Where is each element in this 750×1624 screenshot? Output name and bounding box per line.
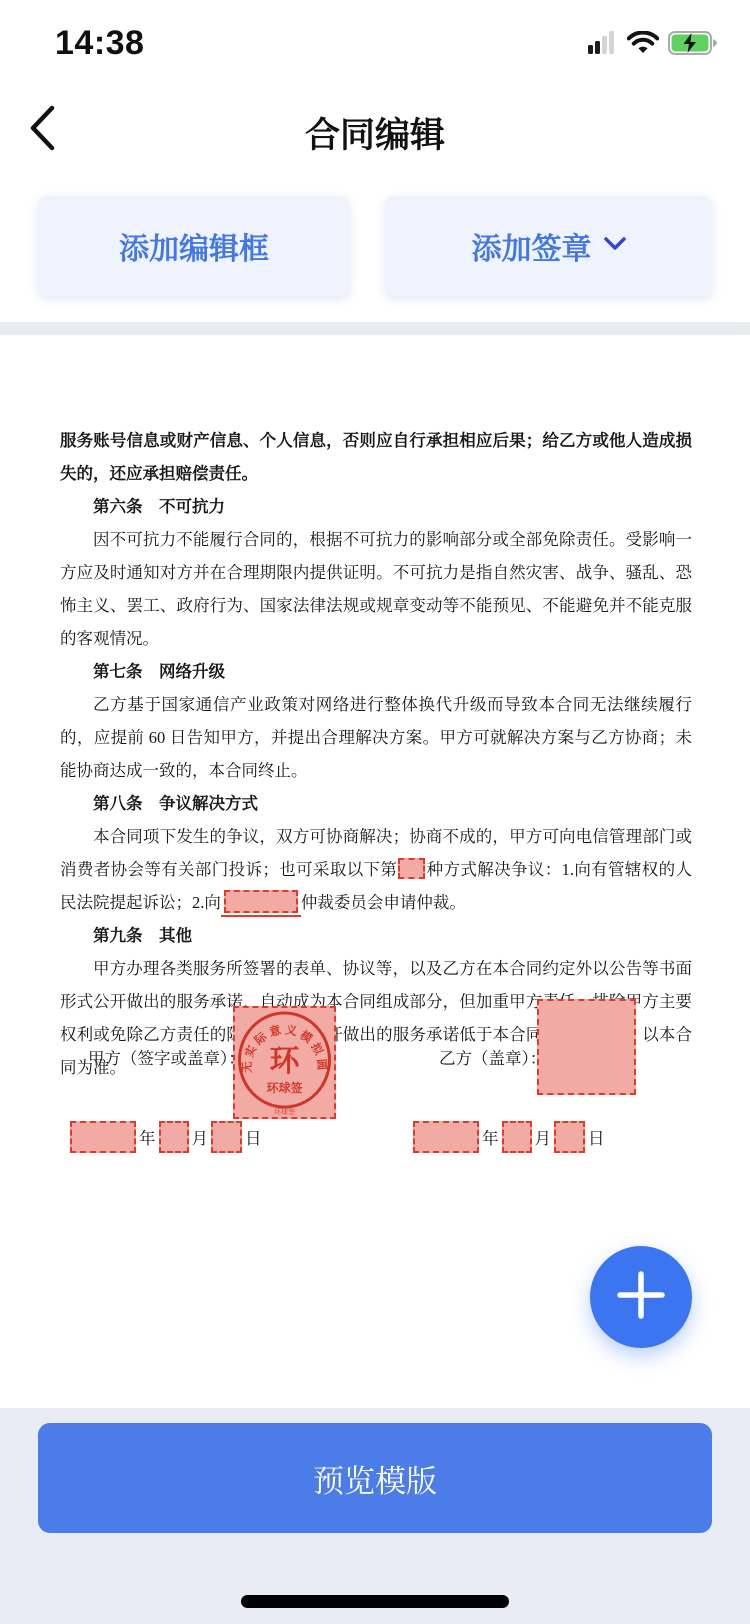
cellular-signal-icon (588, 31, 618, 60)
add-seal-button[interactable]: 添加签章 (385, 196, 712, 296)
article7-body: 乙方基于国家通信产业政策对网络进行整体换代升级而导致本合同无法继续履行的，应提前… (60, 688, 692, 787)
edit-field-year[interactable] (70, 1121, 136, 1153)
article8-body: 本合同项下发生的争议，双方可协商解决；协商不成的，甲方可向电信管理部门或消费者协… (60, 820, 692, 919)
party-a-date-row: 年 月 日 (70, 1121, 262, 1153)
edit-field-month[interactable] (502, 1121, 532, 1153)
party-a-seal-field[interactable]: 无实际意义模拟圆形印章 环 环球签 环球签 (233, 1006, 336, 1119)
chevron-down-icon (604, 237, 626, 256)
edit-field-arbitration-committee[interactable] (224, 890, 298, 913)
party-b-label: 乙方（盖章）： (439, 1048, 546, 1070)
article9-heading: 第九条 其他 (60, 919, 692, 952)
year-label: 年 (482, 1125, 499, 1149)
edit-field-dispute-option[interactable] (398, 858, 425, 879)
year-label: 年 (139, 1125, 156, 1149)
page-title: 合同编辑 (0, 108, 750, 158)
status-time: 14:38 (55, 24, 144, 63)
preview-template-button[interactable]: 预览模版 (38, 1423, 712, 1533)
add-edit-box-label: 添加编辑框 (119, 224, 269, 268)
seal-name-text: 环球签 (266, 1080, 302, 1095)
divider-band (0, 322, 750, 335)
edit-field-year[interactable] (413, 1121, 479, 1153)
month-label: 月 (192, 1125, 209, 1149)
footer-bar: 预览模版 (0, 1408, 750, 1624)
party-b-date-row: 年 月 日 (413, 1121, 605, 1153)
add-edit-box-button[interactable]: 添加编辑框 (38, 196, 350, 296)
battery-charging-icon (668, 31, 718, 60)
article7-heading: 第七条 网络升级 (60, 655, 692, 688)
party-a-label: 甲方（签字或盖章）： (88, 1048, 245, 1070)
status-icons (588, 30, 718, 60)
company-seal-stamp: 无实际意义模拟圆形印章 环 环球签 环球签 (235, 1104, 334, 1121)
seal-caption: 环球签 (274, 1107, 295, 1116)
home-indicator[interactable] (241, 1595, 509, 1608)
edit-field-month[interactable] (159, 1121, 189, 1153)
edit-field-day[interactable] (554, 1121, 585, 1153)
article6-heading: 第六条 不可抗力 (60, 490, 692, 523)
month-label: 月 (535, 1125, 552, 1149)
article8-text-3: 仲裁委员会申请仲裁。 (301, 893, 466, 912)
add-seal-label: 添加签章 (472, 224, 592, 268)
article8-heading: 第八条 争议解决方式 (60, 787, 692, 820)
seal-center-char: 环 (270, 1045, 301, 1078)
day-label: 日 (245, 1125, 262, 1149)
wifi-icon (627, 31, 659, 60)
day-label: 日 (588, 1125, 605, 1149)
article6-body: 因不可抗力不能履行合同的，根据不可抗力的影响部分或全部免除责任。受影响一方应及时… (60, 523, 692, 655)
party-b-seal-field[interactable] (537, 999, 636, 1095)
edit-field-day[interactable] (211, 1121, 242, 1153)
add-fab-button[interactable] (590, 1246, 692, 1348)
plus-icon (617, 1271, 665, 1324)
intro-continuation-paragraph: 服务账号信息或财产信息、个人信息，否则应自行承担相应后果；给乙方或他人造成损失的… (60, 424, 692, 490)
contract-text: 服务账号信息或财产信息、个人信息，否则应自行承担相应后果；给乙方或他人造成损失的… (60, 424, 692, 1084)
